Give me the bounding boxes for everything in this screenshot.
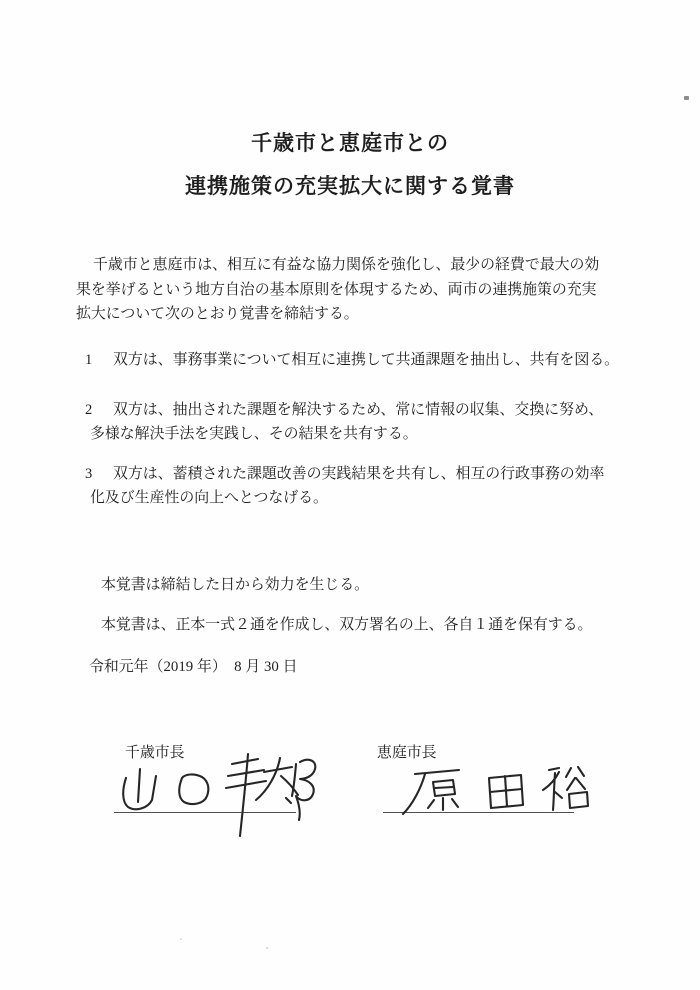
memorandum-page: 千歳市と恵庭市との 連携施策の充実拡大に関する覚書 千歳市と恵庭市は、相互に有益… [0, 0, 700, 990]
article-3-text-line-1: 双方は、蓄積された課題改善の実践結果を共有し、相互の行政事務の効率 [113, 465, 604, 484]
article-1-text: 双方は、事務事業について相互に連携して共通課題を抽出し、共有を図る。 [113, 351, 619, 370]
article-2-text-line-2: 多様な解決手法を実践し、その結果を共有する。 [90, 425, 418, 444]
document-title-line-1: 千歳市と恵庭市との [0, 130, 700, 156]
article-2-text-line-1: 双方は、抽出された課題を解決するため、常に情報の収集、交換に努め、 [113, 401, 603, 420]
date-line: 令和元年（2019 年） 8 月 30 日 [89, 658, 297, 677]
document-title-line-2: 連携施策の充実拡大に関する覚書 [0, 173, 700, 199]
preamble-line-1: 千歳市と恵庭市は、相互に有益な協力関係を強化し、最少の経費で最大の効 [93, 256, 599, 275]
article-3-text-line-2: 化及び生産性の向上へとつなげる。 [90, 489, 328, 508]
copies-clause: 本覚書は、正本一式２通を作成し、双方署名の上、各自１通を保有する。 [101, 616, 592, 635]
scan-speck [266, 947, 268, 949]
effect-clause: 本覚書は締結した日から効力を生じる。 [101, 576, 369, 595]
article-3-number: 3 [85, 465, 92, 484]
handwritten-signature-harada [383, 756, 601, 818]
handwritten-signature-yamaguchi [110, 748, 320, 840]
article-1-number: 1 [85, 351, 92, 370]
article-2-number: 2 [85, 401, 92, 420]
scan-speck [180, 938, 182, 940]
scan-speck [684, 96, 689, 100]
preamble-line-3: 拡大について次のとおり覚書を締結する。 [76, 305, 359, 324]
preamble-line-2: 果を挙げるという地方自治の基本原則を体現するため、両市の連携施策の充実 [76, 281, 597, 300]
